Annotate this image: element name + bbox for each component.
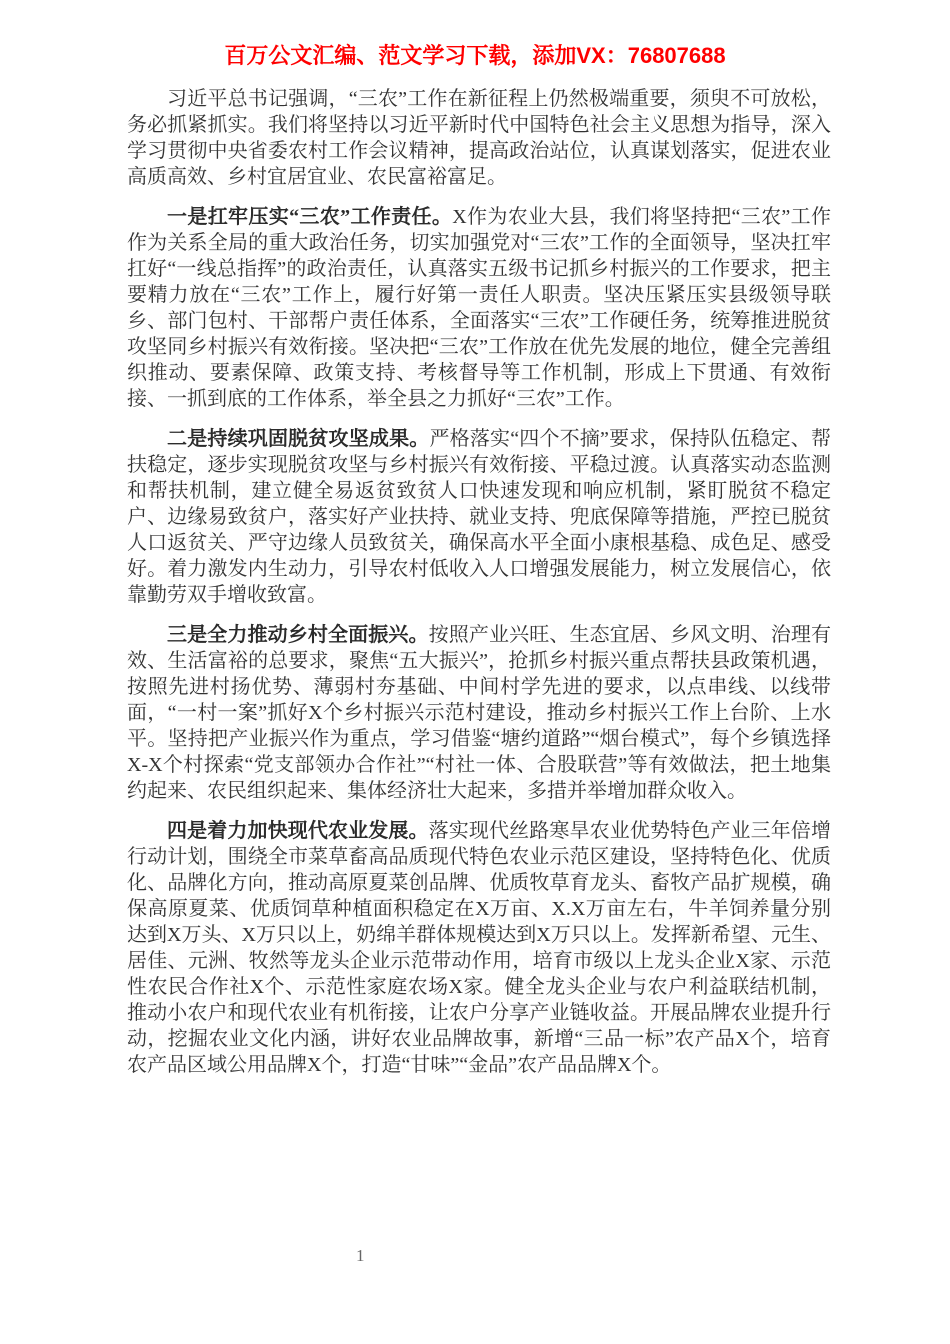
paragraph-intro: 习近平总书记强调，“三农”工作在新征程上仍然极端重要，须臾不可放松，务必抓紧抓实…: [127, 86, 831, 190]
paragraph-text: 按照产业兴旺、生态宜居、乡风文明、治理有效、生活富裕的总要求，聚焦“五大振兴”，…: [127, 624, 831, 802]
paragraph-point-1: 一是扛牢压实“三农”工作责任。X作为农业大县，我们将坚持把“三农”工作作为关系全…: [127, 204, 831, 412]
paragraph-point-2: 二是持续巩固脱贫攻坚成果。严格落实“四个不摘”要求，保持队伍稳定、帮扶稳定，逐步…: [127, 426, 831, 608]
document-body: 习近平总书记强调，“三农”工作在新征程上仍然极端重要，须臾不可放松，务必抓紧抓实…: [127, 86, 831, 1092]
paragraph-lead: 二是持续巩固脱贫攻坚成果。: [167, 428, 429, 450]
paragraph-text: 严格落实“四个不摘”要求，保持队伍稳定、帮扶稳定，逐步实现脱贫攻坚与乡村振兴有效…: [127, 428, 831, 606]
paragraph-lead: 一是扛牢压实“三农”工作责任。: [167, 206, 452, 228]
paragraph-text: X作为农业大县，我们将坚持把“三农”工作作为关系全局的重大政治任务，切实加强党对…: [127, 206, 831, 410]
paragraph-point-3: 三是全力推动乡村全面振兴。按照产业兴旺、生态宜居、乡风文明、治理有效、生活富裕的…: [127, 622, 831, 804]
page-number: 1: [356, 1246, 365, 1266]
promo-header-text: 百万公文汇编、范文学习下载，添加VX：76807688: [0, 42, 950, 70]
paragraph-lead: 四是着力加快现代农业发展。: [167, 820, 429, 842]
paragraph-text: 落实现代丝路寒旱农业优势特色产业三年倍增行动计划，围绕全市菜草畜高品质现代特色农…: [127, 820, 831, 1076]
document-page: 百万公文汇编、范文学习下载，添加VX：76807688 习近平总书记强调，“三农…: [0, 0, 950, 1344]
paragraph-text: 习近平总书记强调，“三农”工作在新征程上仍然极端重要，须臾不可放松，务必抓紧抓实…: [127, 88, 831, 188]
paragraph-point-4: 四是着力加快现代农业发展。落实现代丝路寒旱农业优势特色产业三年倍增行动计划，围绕…: [127, 818, 831, 1078]
paragraph-lead: 三是全力推动乡村全面振兴。: [167, 624, 429, 646]
